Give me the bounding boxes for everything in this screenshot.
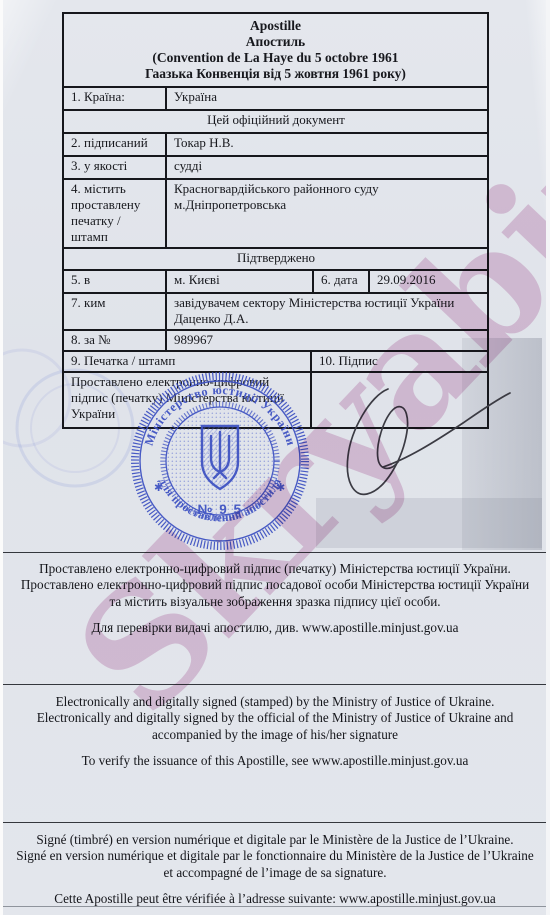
date-label: 6. дата <box>312 271 368 292</box>
bears-seal-label: 4. містить проставлену печатку / штамп <box>64 180 165 247</box>
ukrainian-notice-block: Проставлено електронно-цифровий підпис (… <box>0 561 550 636</box>
row-signed-by: 2. підписаний Токар Н.В. <box>64 132 487 155</box>
row-bears-seal: 4. містить проставлену печатку / штамп К… <box>64 178 487 247</box>
separator-line-2 <box>0 684 550 685</box>
english-notice-block: Electronically and digitally signed (sta… <box>0 694 550 769</box>
scan-right-edge <box>546 0 550 915</box>
ministry-round-stamp: Міністерство юстиції України для простав… <box>127 368 313 554</box>
date-value: 29.09.2016 <box>368 271 487 292</box>
row-place-date: 5. в м. Києві 6. дата 29.09.2016 <box>64 269 487 292</box>
row-by-whom: 7. ким завідувачем сектору Міністерства … <box>64 292 487 329</box>
signature-label: 10. Підпис <box>310 352 487 371</box>
french-notice-block: Signé (timbré) en version numérique et d… <box>0 832 550 907</box>
by-whom-value: завідувачем сектору Міністерства юстиції… <box>165 294 487 329</box>
convention-ukrainian: Гаазька Конвенція від 5 жовтня 1961 року… <box>68 66 483 82</box>
acting-as-label: 3. у якості <box>64 157 165 178</box>
apostille-form-table: Apostille Апостиль (Convention de La Hay… <box>62 12 489 429</box>
row-acting-as: 3. у якості судді <box>64 155 487 178</box>
number-value: 989967 <box>165 331 487 350</box>
fr-verify-url-line: Cette Apostille peut être vérifiée à l’a… <box>0 891 550 907</box>
fr-line: Signé en version numérique et digitale p… <box>0 848 550 864</box>
country-value: Україна <box>165 88 487 109</box>
signed-by-value: Токар Н.В. <box>165 134 487 155</box>
separator-line-4 <box>0 906 550 907</box>
row-country: 1. Країна: Україна <box>64 86 487 109</box>
uk-verify-url-line: Для перевірки видачі апостилю, див. www.… <box>0 620 550 636</box>
fr-line: et accompagné de l’image de sa signature… <box>0 865 550 881</box>
table-header-row: Apostille Апостиль (Convention de La Hay… <box>64 14 487 86</box>
en-line: Electronically and digitally signed by t… <box>0 710 550 726</box>
certified-text: Підтверджено <box>64 249 487 269</box>
convention-french: (Convention de La Haye du 5 octobre 1961 <box>68 50 483 66</box>
row-certified: Підтверджено <box>64 247 487 269</box>
title-english: Apostille <box>68 18 483 34</box>
official-document-text: Цей офіційний документ <box>64 111 487 132</box>
stamp-star-left: ✱ <box>154 482 163 494</box>
en-line: accompanied by the image of his/her sign… <box>0 727 550 743</box>
stamp-star-right: ✱ <box>276 482 285 494</box>
row-number: 8. за № 989967 <box>64 329 487 350</box>
en-verify-url-line: To verify the issuance of this Apostille… <box>0 753 550 769</box>
stamp-number: № 9 5 <box>197 502 242 517</box>
fr-line: Signé (timbré) en version numérique et d… <box>0 832 550 848</box>
row-official-document: Цей офіційний документ <box>64 109 487 132</box>
by-whom-label: 7. ким <box>64 294 165 329</box>
separator-line-3 <box>0 822 550 823</box>
stamp-coat-of-arms <box>202 426 238 489</box>
place-value: м. Києві <box>165 271 312 292</box>
uk-line: Проставлено електронно-цифровий підпис (… <box>0 561 550 577</box>
apostille-title-block: Apostille Апостиль (Convention de La Hay… <box>64 14 487 86</box>
signed-by-label: 2. підписаний <box>64 134 165 155</box>
uk-line: та містить візуальне зображення зразка п… <box>0 594 550 610</box>
handwritten-signature <box>338 382 520 514</box>
title-ukrainian: Апостиль <box>68 34 483 50</box>
acting-as-value: судді <box>165 157 487 178</box>
en-line: Electronically and digitally signed (sta… <box>0 694 550 710</box>
bears-seal-value: Красногвардійського районного суду м.Дні… <box>165 180 487 247</box>
number-label: 8. за № <box>64 331 165 350</box>
country-label: 1. Країна: <box>64 88 165 109</box>
uk-line: Проставлено електронно-цифровий підпис п… <box>0 577 550 593</box>
place-label: 5. в <box>64 271 165 292</box>
scan-left-edge <box>0 0 3 915</box>
